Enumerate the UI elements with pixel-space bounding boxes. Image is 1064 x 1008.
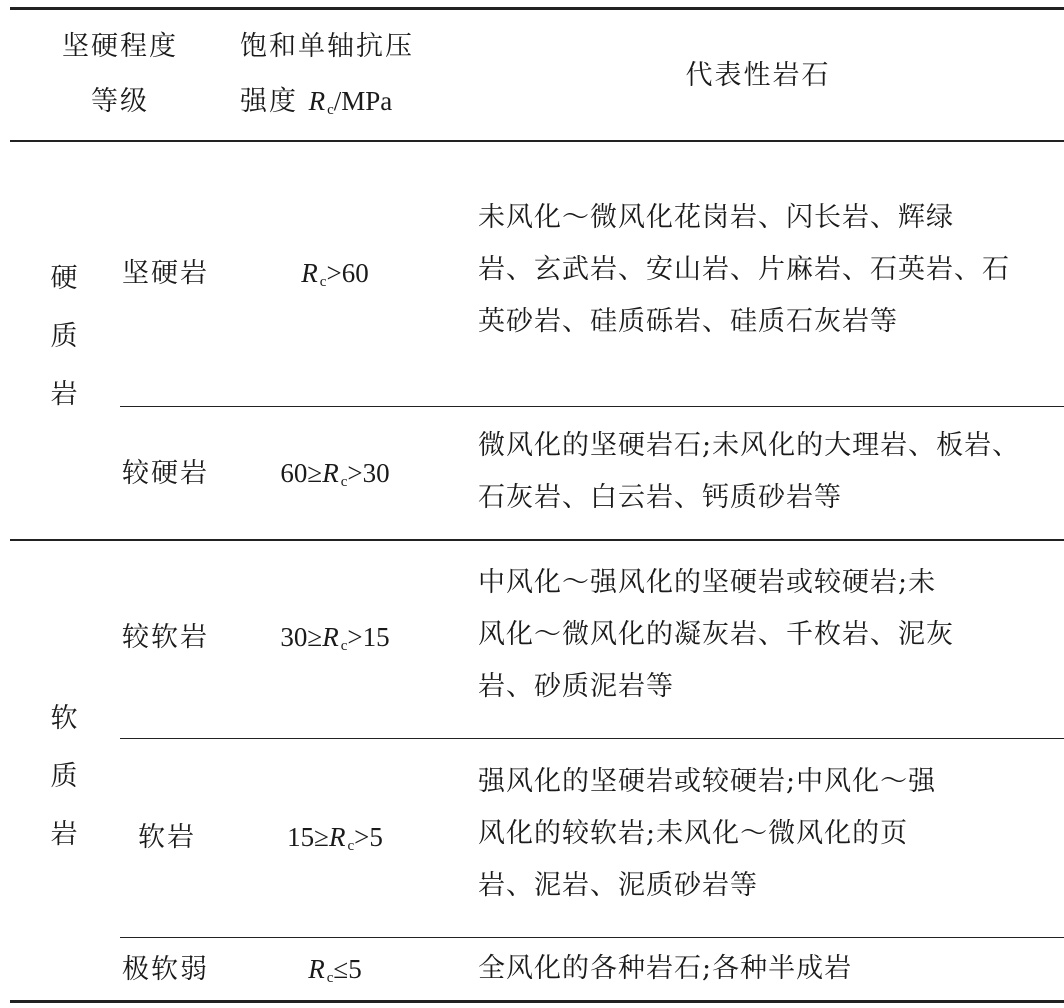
group-label-soft-rock: 软 质 岩 <box>44 690 84 864</box>
header-rule <box>10 140 1064 142</box>
rocks-cell: 未风化～微风化花岗岩、闪长岩、辉绿 岩、玄武岩、安山岩、片麻岩、石英岩、石 英砂… <box>478 192 1038 348</box>
rocks-cell: 强风化的坚硬岩或较硬岩;中风化～强 风化的较软岩;未风化～微风化的页 岩、泥岩、… <box>478 756 1038 912</box>
strength-cell: Rc>60 <box>230 260 440 290</box>
header-strength-prefix: 强度 <box>240 86 309 117</box>
strength-cell: 15≥Rc>5 <box>230 824 440 854</box>
bottom-rule <box>10 1000 1064 1003</box>
rocks-cell: 全风化的各种岩石;各种半成岩 <box>478 943 1038 995</box>
grade-cell: 坚硬岩 <box>122 260 209 287</box>
grade-cell: 极软弱 <box>122 956 209 983</box>
rocks-cell: 中风化～强风化的坚硬岩或较硬岩;未 风化～微风化的凝灰岩、千枚岩、泥灰 岩、砂质… <box>478 557 1038 713</box>
strength-cell: Rc≤5 <box>230 956 440 986</box>
row-divider-3 <box>120 738 1064 739</box>
header-grade-line2: 等级 <box>30 88 210 115</box>
grade-cell: 较软岩 <box>122 624 209 651</box>
row-divider-1 <box>120 406 1064 407</box>
header-strength-sub: c <box>327 102 334 118</box>
header-strength-symbol: R <box>309 86 326 116</box>
header-strength-line2: 强度 Rc/MPa <box>240 88 392 118</box>
strength-cell: 60≥Rc>30 <box>230 460 440 490</box>
rocks-cell: 微风化的坚硬岩石;未风化的大理岩、板岩、 石灰岩、白云岩、钙质砂岩等 <box>478 420 1038 524</box>
row-divider-4 <box>120 937 1064 938</box>
group-divider <box>10 539 1064 541</box>
top-rule <box>10 7 1064 10</box>
header-strength-unit: /MPa <box>334 86 393 116</box>
strength-cell: 30≥Rc>15 <box>230 624 440 654</box>
header-strength-line1: 饱和单轴抗压 <box>240 33 414 60</box>
grade-cell: 软岩 <box>138 824 196 851</box>
header-grade-line1: 坚硬程度 <box>30 33 210 60</box>
header-rocks: 代表性岩石 <box>478 62 1038 89</box>
group-label-hard-rock: 硬 质 岩 <box>44 250 84 424</box>
grade-cell: 较硬岩 <box>122 460 209 487</box>
